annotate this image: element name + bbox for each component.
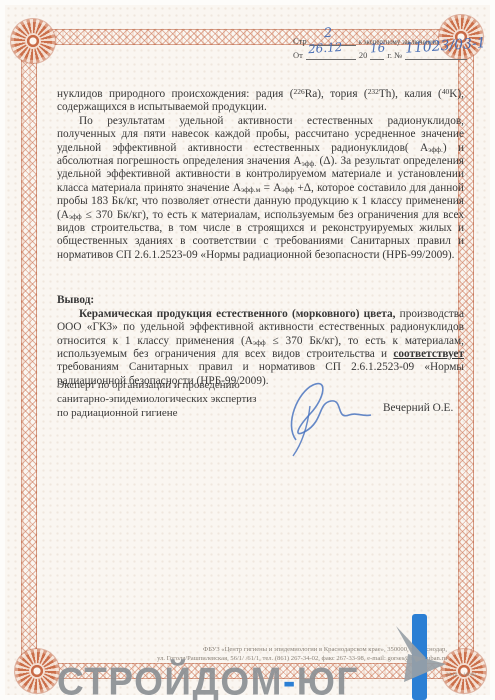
handwritten-date: 26.12 [307, 40, 342, 56]
watermark-separator: - [283, 660, 297, 700]
corner-rosette-icon [15, 649, 59, 693]
corner-rosette-icon [11, 19, 55, 63]
expert-name: Вечерний О.Е. [383, 402, 453, 414]
date-blank: 26.12 [306, 50, 356, 60]
watermark-part1: СТРОЙДОМ [57, 660, 283, 700]
company-watermark: СТРОЙДОМ-ЮГ [57, 660, 359, 700]
header-date-row: От 26.12 20 16 г. № 11023/03-1 [293, 50, 478, 60]
header-reference-block: Стр 2 к экспертному заключению От 26.12 … [293, 36, 478, 64]
conclusion-section: Вывод: Керамическая продукция естественн… [57, 294, 464, 388]
year-prefix: 20 [359, 50, 368, 60]
print-run-note: 26.10. т 10000. [446, 673, 477, 678]
arrow-logo-icon [396, 612, 446, 700]
date-label: От [293, 50, 303, 60]
corner-rosette-icon [442, 649, 486, 693]
paragraph-radionuclides: нуклидов природного происхождения: радия… [57, 88, 464, 115]
ornamental-border-left [21, 33, 37, 671]
conclusion-heading: Вывод: [57, 294, 464, 307]
handwritten-year: 16 [370, 40, 386, 55]
handwritten-page-number: 2 [323, 26, 332, 42]
page-label: Стр [293, 36, 307, 46]
number-label: г. № [387, 50, 402, 60]
number-blank: 11023/03-1 [405, 50, 467, 60]
handwritten-signature [250, 376, 380, 458]
document-page: Стр 2 к экспертному заключению От 26.12 … [0, 0, 495, 700]
year-blank: 16 [370, 50, 384, 60]
paragraph-activity-results: По результатам удельной активности естес… [57, 115, 464, 262]
document-body: нуклидов природного происхождения: радия… [57, 88, 464, 388]
watermark-part2: ЮГ [297, 660, 359, 700]
